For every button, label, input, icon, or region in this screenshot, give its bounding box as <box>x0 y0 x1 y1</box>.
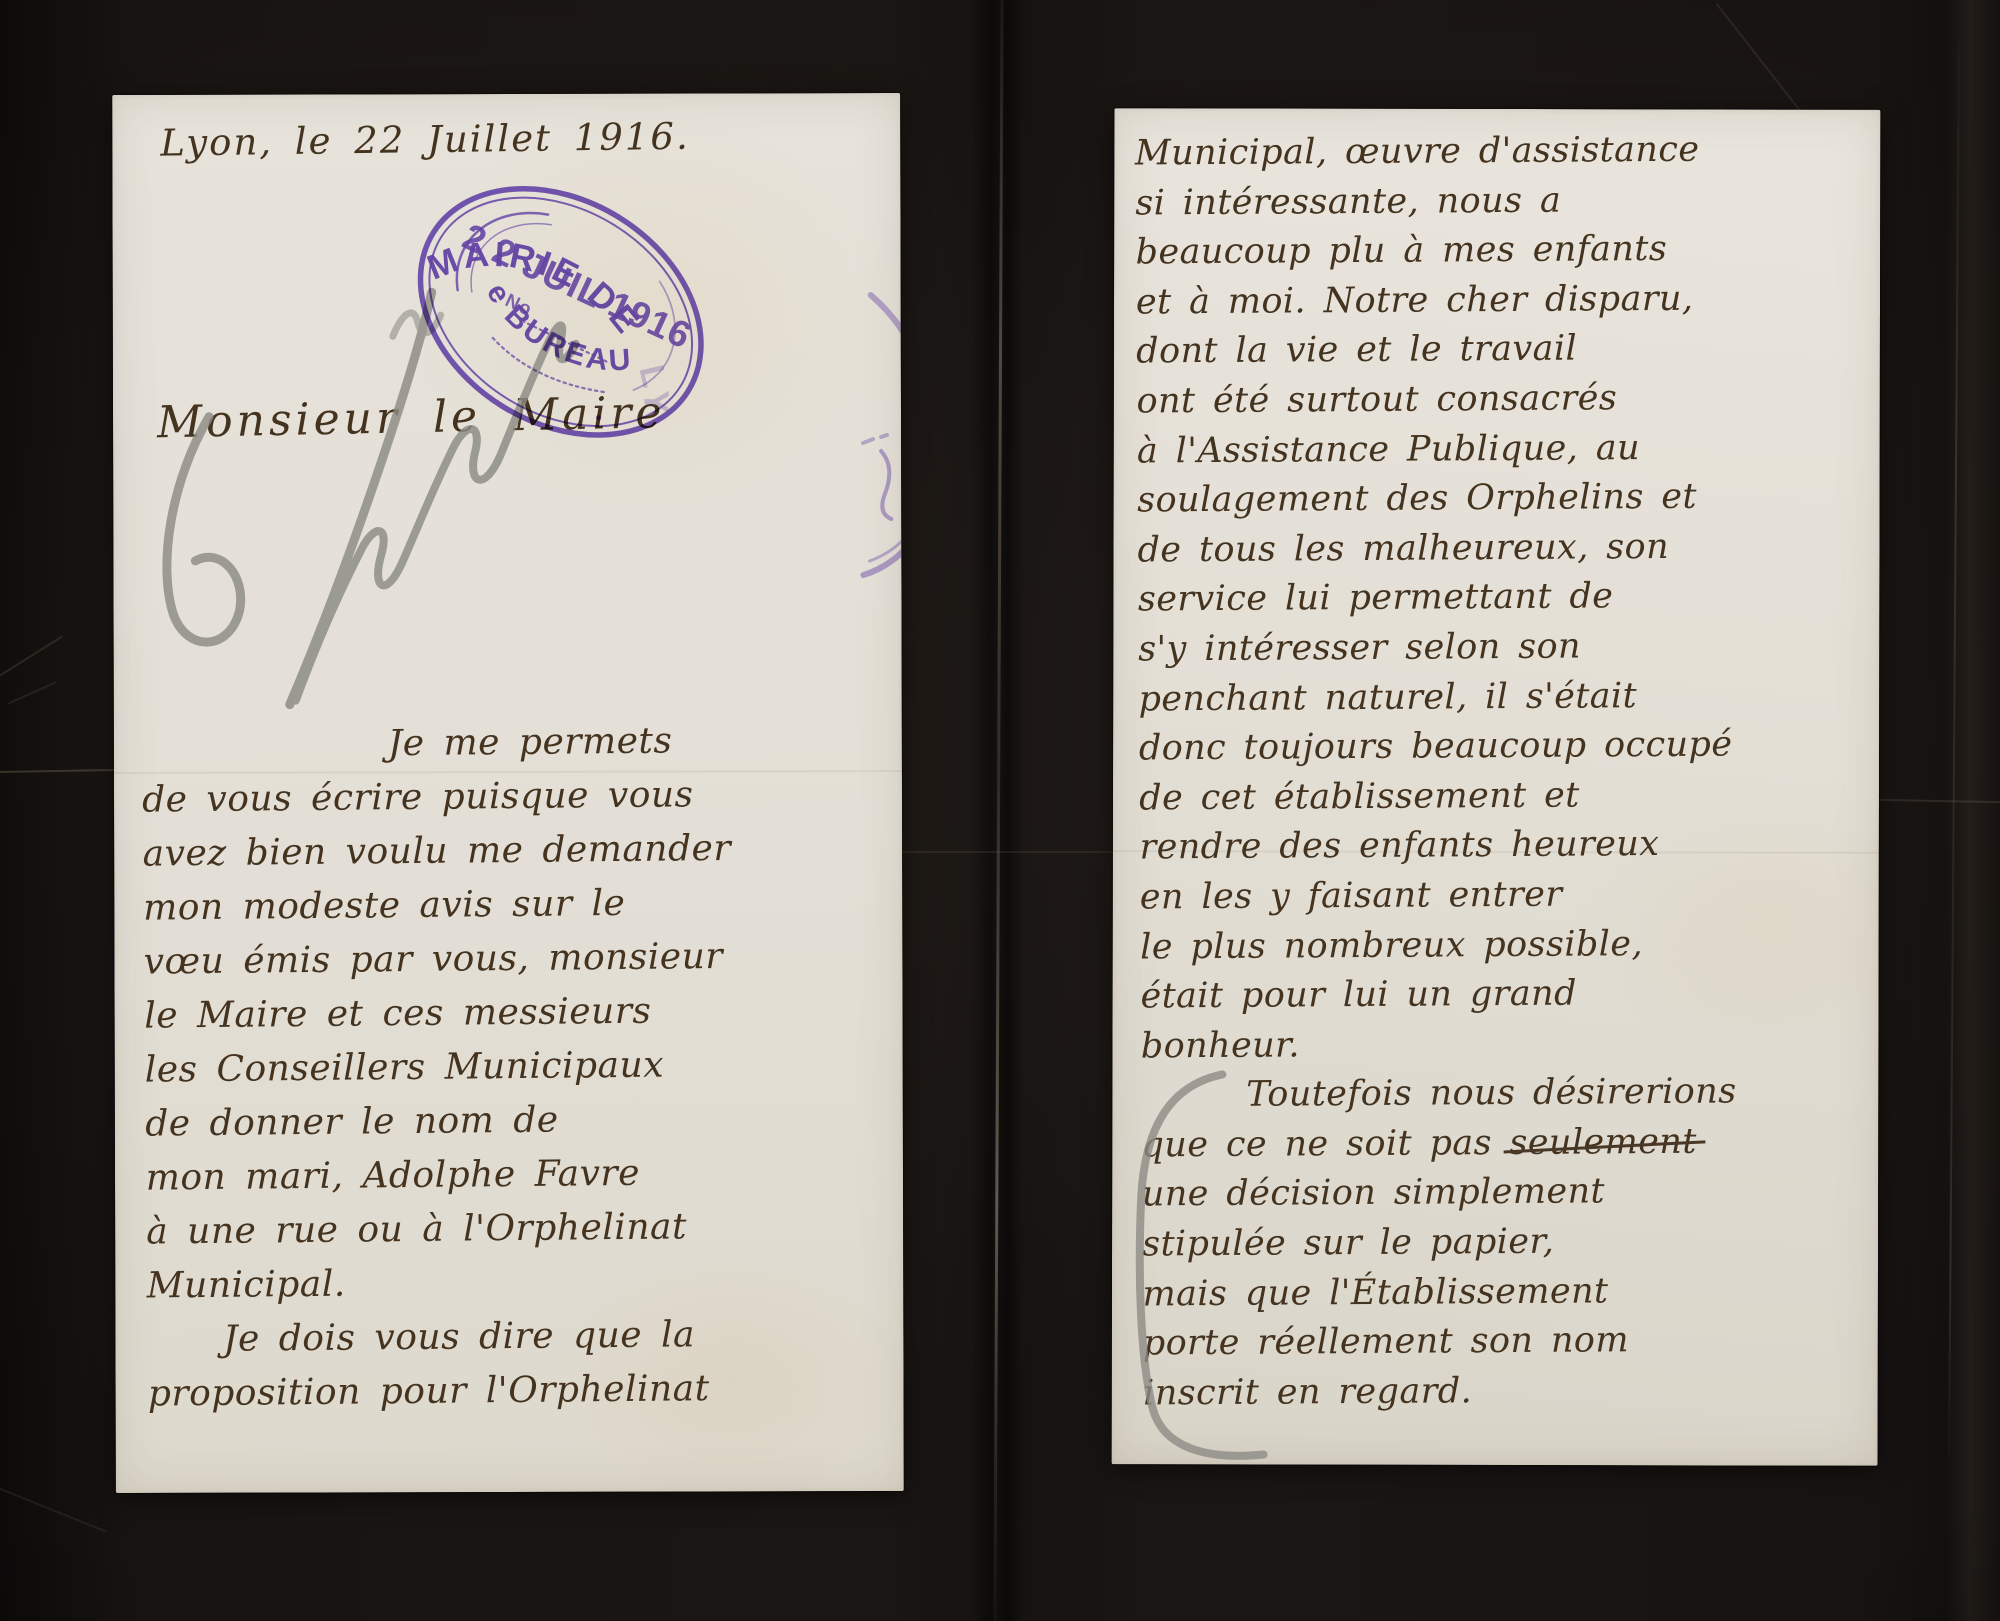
gap-horizontal-crease <box>902 851 1114 853</box>
scratch-mark <box>0 1486 106 1533</box>
letter-page-right: Municipal, œuvre d'assistancesi intéress… <box>1112 108 1881 1466</box>
ghost-stamp-impression <box>742 193 903 594</box>
pencil-margin-bracket <box>1112 108 1881 1466</box>
center-fold-crease <box>993 0 1003 1621</box>
right-edge-shadow <box>1946 0 2000 1621</box>
scratch-mark <box>0 636 63 677</box>
scratch-mark <box>8 682 56 705</box>
letter-page-left: Lyon, le 22 Juillet 1916. Monsieur le Ma… <box>112 93 904 1493</box>
center-fold-shadow <box>972 0 1024 1621</box>
right-horizontal-crease <box>1878 799 2000 803</box>
stamp-dot <box>595 414 602 421</box>
letter-scan: Lyon, le 22 Juillet 1916. Monsieur le Ma… <box>0 0 2000 1621</box>
left-horizontal-crease <box>0 769 114 773</box>
right-fold-crease <box>1948 40 1960 1480</box>
mairie-stamp: MAIRIE DE LYON 2 2 JUIL 1916 No e BUREAU <box>390 141 731 482</box>
